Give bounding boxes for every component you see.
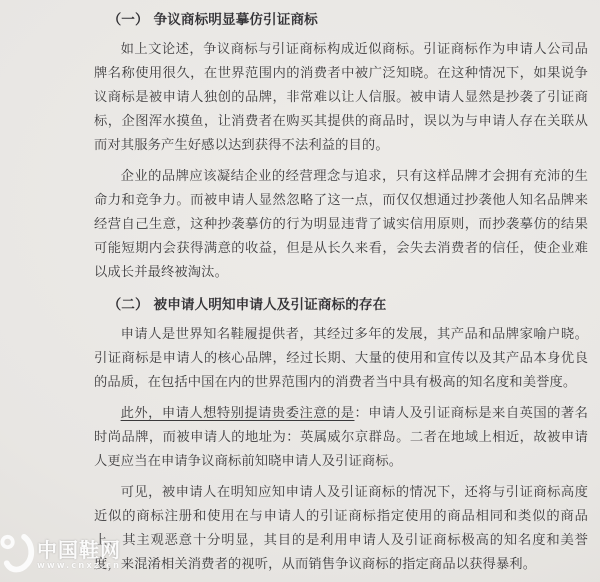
underlined-phrase: 此外，申请人想特别提请贵委注意的是 [121, 406, 355, 421]
paragraph-special-notice: 此外，申请人想特别提请贵委注意的是：申请人及引证商标是来自英国的著名时尚品牌，而… [94, 402, 588, 474]
section-1-heading: （一） 争议商标明显摹仿引证商标 [94, 8, 588, 32]
paragraph: 可见，被申请人在明知应知申请人及引证商标的情况下，还将与引证商标高度近似的商标注… [94, 481, 588, 577]
section-2-heading: （二） 被申请人明知申请人及引证商标的存在 [94, 293, 588, 317]
section-dispute-mark-imitation: （一） 争议商标明显摹仿引证商标 如上文论述，争议商标与引证商标构成近似商标。引… [94, 8, 588, 285]
paragraph: 申请人是世界知名鞋履提供者，其经过多年的发展，其产品和品牌家喻户晓。引证商标是申… [94, 323, 588, 395]
section-respondent-knowledge: （二） 被申请人明知申请人及引证商标的存在 申请人是世界知名鞋履提供者，其经过多… [94, 293, 588, 577]
paragraph: 如上文论述，争议商标与引证商标构成近似商标。引证商标作为申请人公司品牌名称使用很… [94, 38, 588, 158]
scanned-document-page: （一） 争议商标明显摹仿引证商标 如上文论述，争议商标与引证商标构成近似商标。引… [0, 0, 600, 582]
paragraph: 企业的品牌应该凝结企业的经营理念与追求，只有这样品牌才会拥有充沛的生命力和竞争力… [94, 165, 588, 285]
document-body: （一） 争议商标明显摹仿引证商标 如上文论述，争议商标与引证商标构成近似商标。引… [0, 0, 600, 577]
